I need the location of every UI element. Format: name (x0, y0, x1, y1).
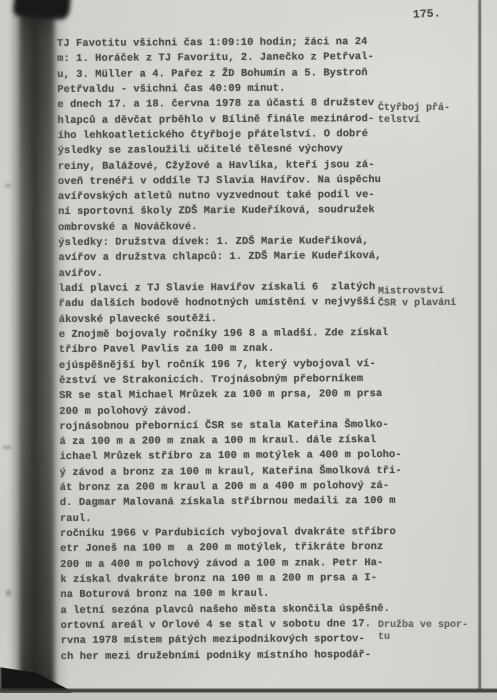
margin-note-line: ČSR v plavání (378, 298, 493, 311)
scan-binding-shadow-core (20, 0, 54, 700)
text-line: ch her mezi družebními podniky místního … (61, 647, 463, 665)
text-line: ý závod a bronz za 100 m kraul, Kateřina… (60, 463, 462, 481)
scan-smudge (5, 184, 11, 187)
margin-note-line: Čtyřboj přá- (378, 103, 493, 115)
margin-note-druzba: Družba ve spor- tu (378, 620, 493, 644)
body-text: TJ Favotitu všichni čas 1:09:10 hodin; ž… (57, 35, 463, 665)
scan-bottom-wedge (0, 660, 72, 700)
margin-note-line: Družba ve spor- (378, 620, 493, 632)
margin-note-line: telství (378, 115, 493, 127)
scan-smudge (3, 446, 11, 449)
scan-smudge (6, 590, 11, 596)
margin-note-line: tu (378, 632, 493, 644)
margin-note-mistrovstvi: Mistrovství ČSR v plavání (378, 285, 493, 310)
page-number: 175. (413, 7, 441, 21)
page-edge-line-bottom (0, 688, 497, 693)
scanned-document-page: 175. TJ Favotitu všichni čas 1:09:10 hod… (0, 0, 497, 700)
scan-background-strip (0, 693, 497, 700)
scan-corner-blob (13, 0, 71, 20)
margin-note-line: Mistrovství (378, 285, 493, 298)
margin-note-ctyrboj: Čtyřboj přá- telství (378, 103, 493, 127)
